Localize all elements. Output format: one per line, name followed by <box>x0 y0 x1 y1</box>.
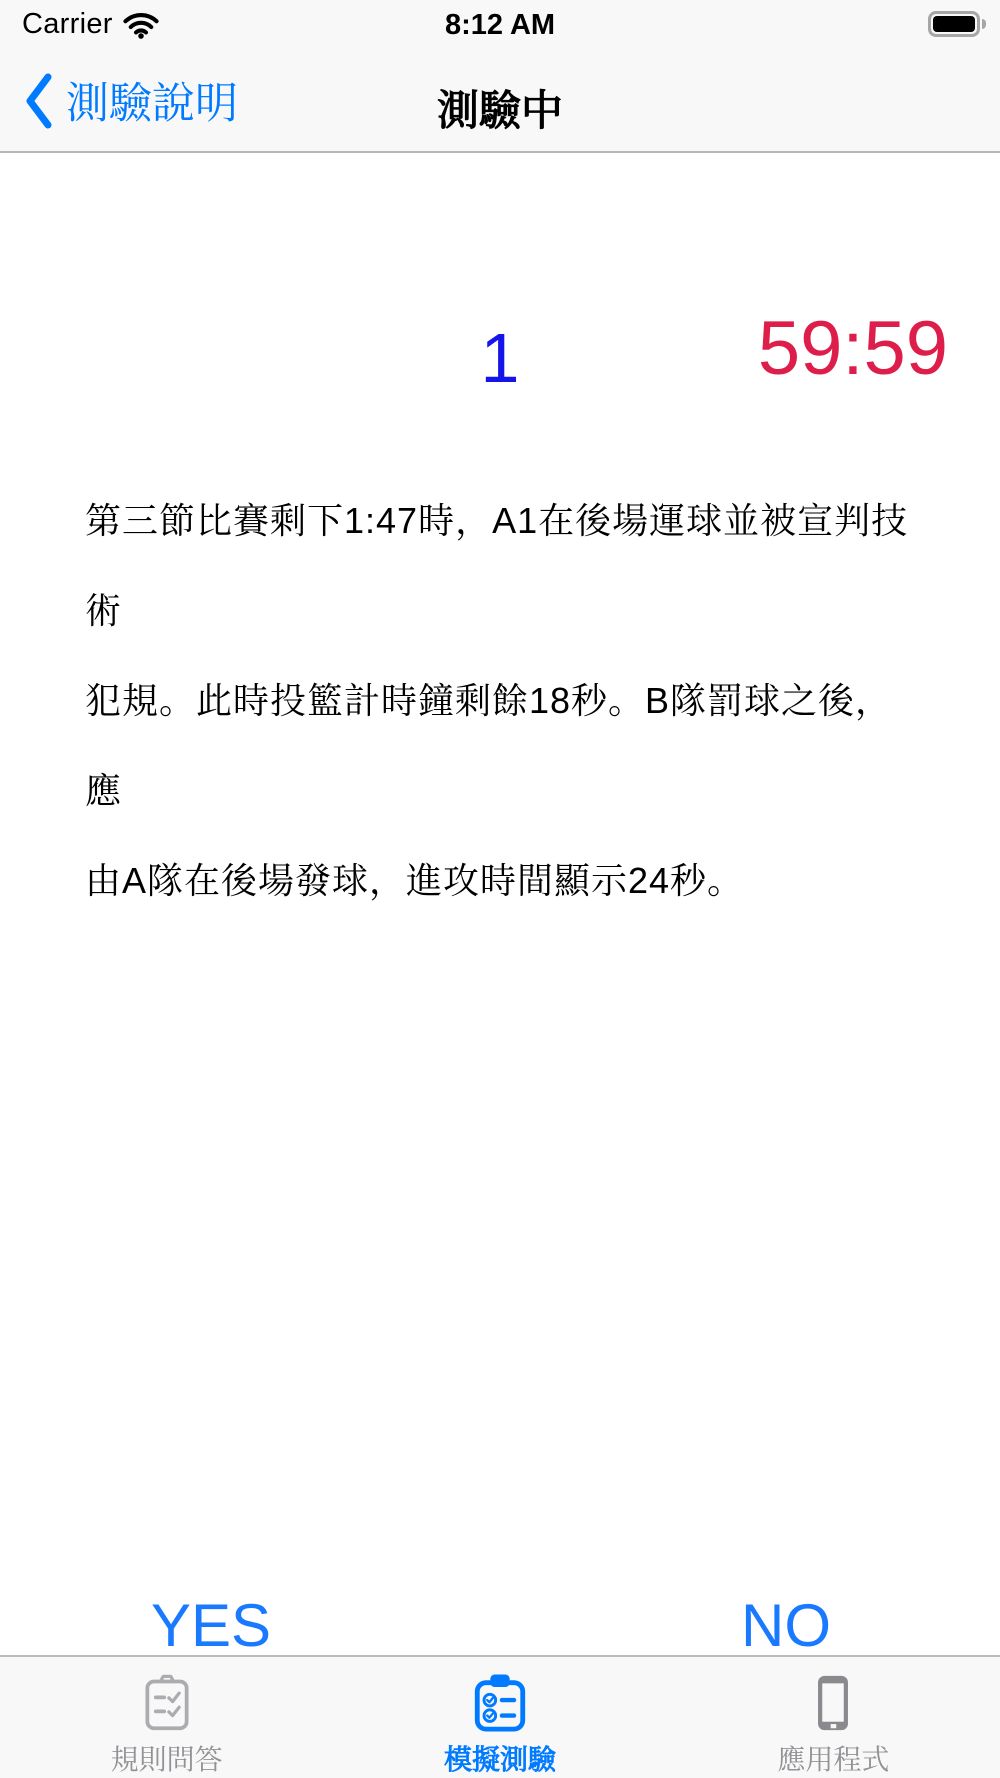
status-bar: Carrier 8:12 AM <box>0 0 1000 48</box>
smartphone-icon <box>815 1673 851 1733</box>
tab-label-applications: 應用程式 <box>777 1738 889 1778</box>
navigation-bar: 測驗說明 測驗中 <box>0 48 1000 153</box>
question-text-line: 第三節比賽剩下1:47時，A1在後場運球並被宣判技術 <box>85 476 925 656</box>
question-text: 第三節比賽剩下1:47時，A1在後場運球並被宣判技術 犯規。此時投籃計時鐘剩餘1… <box>85 476 925 926</box>
question-text-line: 犯規。此時投籃計時鐘剩餘18秒。B隊罰球之後，應 <box>85 656 925 836</box>
tab-rules-qa[interactable]: 規則問答 <box>0 1657 333 1778</box>
yes-button[interactable]: YES <box>111 1596 311 1656</box>
battery-icon <box>928 11 986 37</box>
question-area: 1 59:59 第三節比賽剩下1:47時，A1在後場運球並被宣判技術 犯規。此時… <box>0 155 1000 1655</box>
countdown-timer: 59:59 <box>758 311 948 387</box>
tab-label-mock-test: 模擬測驗 <box>444 1738 556 1778</box>
no-button[interactable]: NO <box>686 1596 886 1656</box>
tab-bar: 規則問答 模擬測驗 <box>0 1655 1000 1778</box>
quiz-screen: Carrier 8:12 AM 測驗說明 <box>0 0 1000 1778</box>
checklist-clipboard-icon <box>140 1673 194 1733</box>
tab-applications[interactable]: 應用程式 <box>667 1657 1000 1778</box>
question-text-line: 由A隊在後場發球，進攻時間顯示24秒。 <box>85 836 925 926</box>
quiz-clipboard-icon <box>472 1673 528 1733</box>
tab-mock-test[interactable]: 模擬測驗 <box>333 1657 666 1778</box>
page-title: 測驗中 <box>0 78 1000 138</box>
tab-label-rules-qa: 規則問答 <box>111 1738 223 1778</box>
clock-label: 8:12 AM <box>0 9 1000 42</box>
